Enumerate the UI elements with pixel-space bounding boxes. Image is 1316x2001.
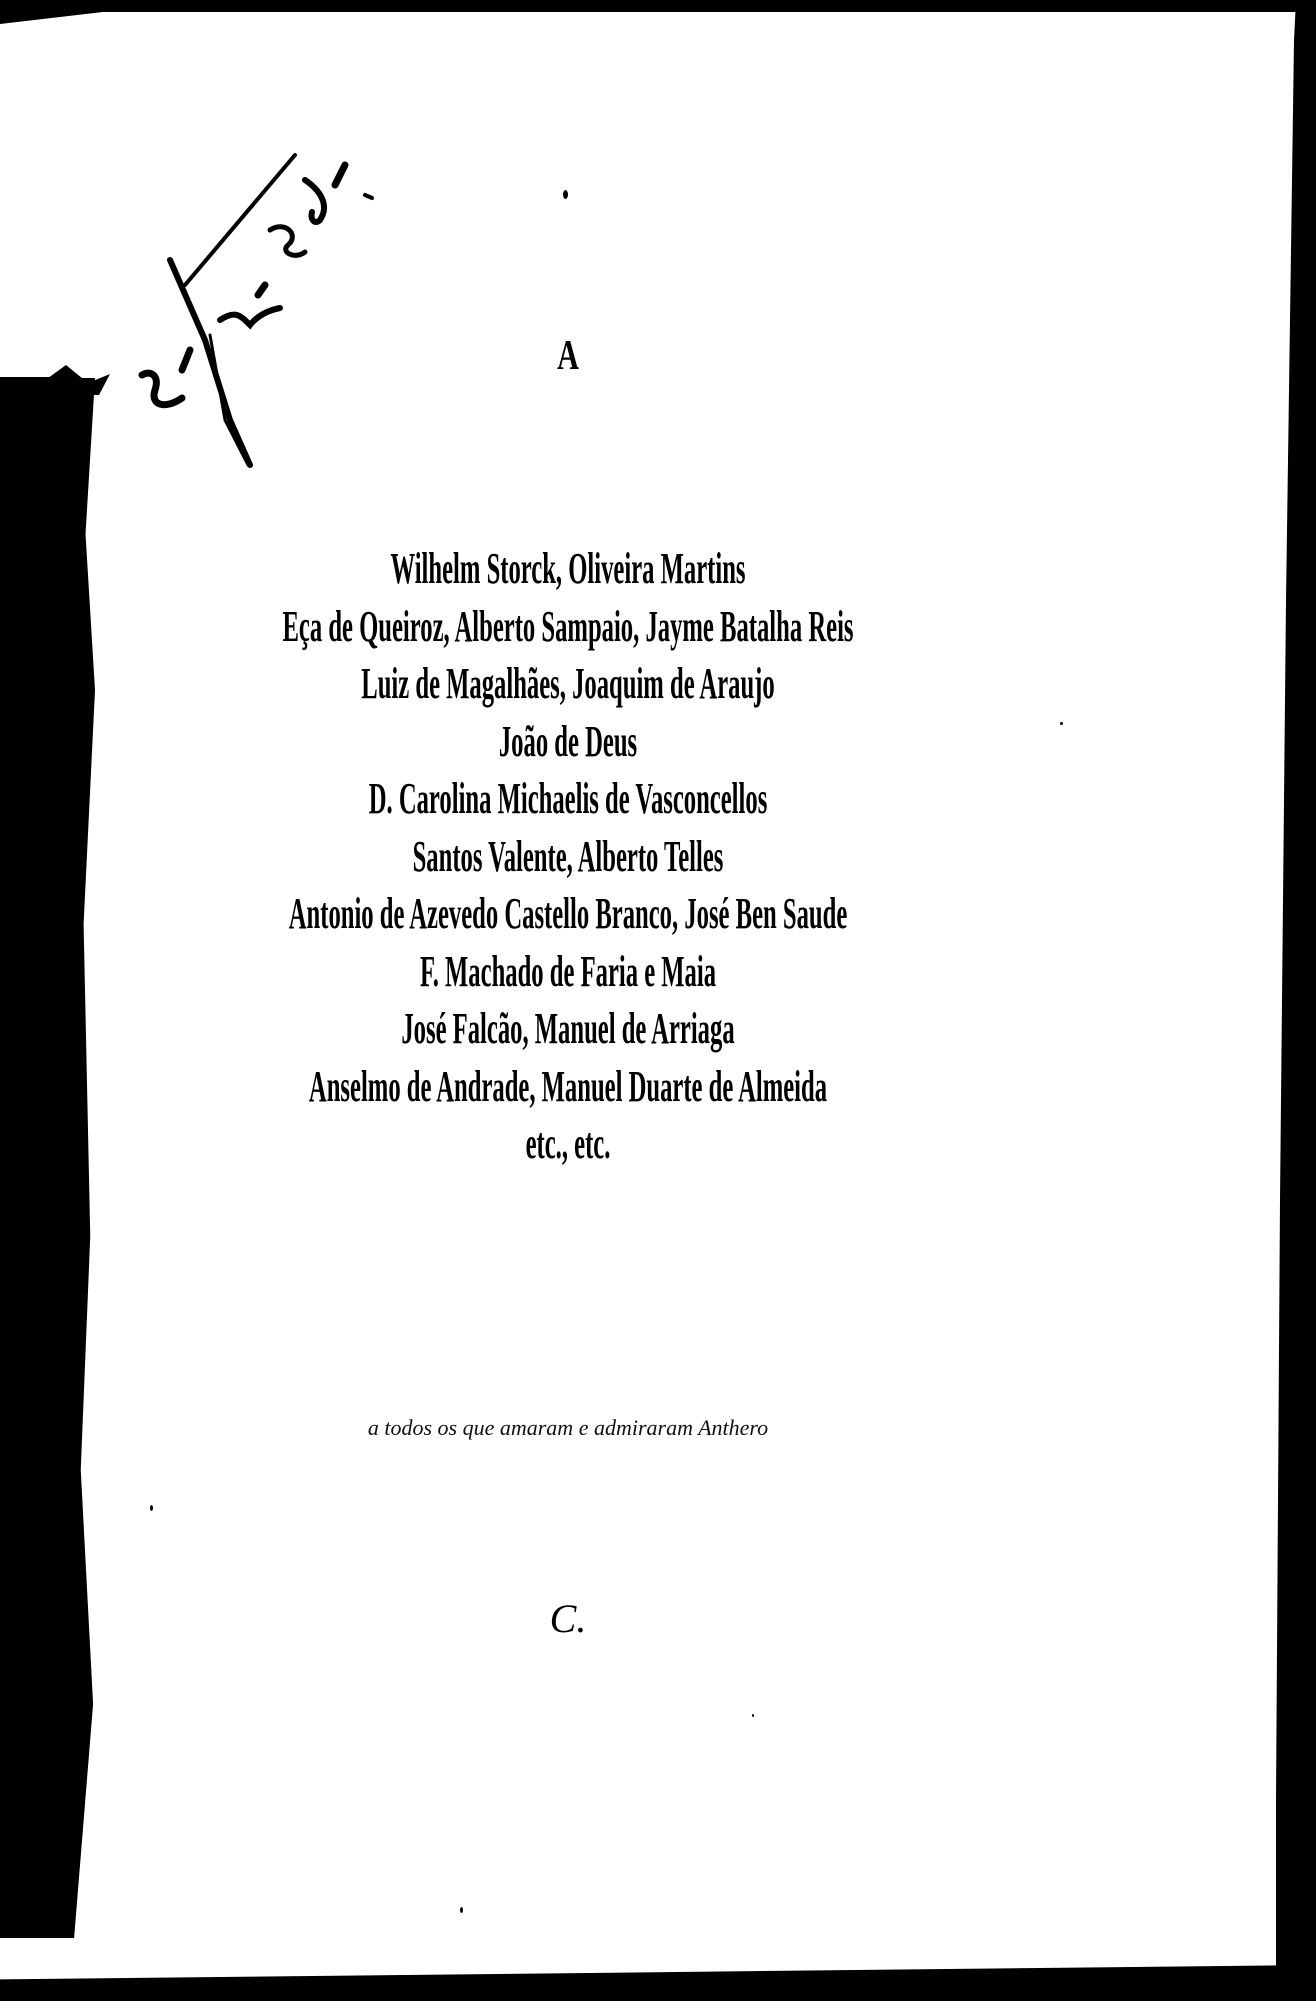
name-line: Eça de Queiroz, Alberto Sampaio, Jayme B… bbox=[250, 598, 886, 656]
name-line: Wilhelm Storck, Oliveira Martins bbox=[250, 540, 886, 598]
scan-speck bbox=[460, 1907, 463, 1913]
scan-speck bbox=[1060, 722, 1063, 725]
name-line: F. Machado de Faria e Maia bbox=[250, 943, 886, 1001]
name-line: José Falcão, Manuel de Arriaga bbox=[250, 1000, 886, 1058]
name-line: Antonio de Azevedo Castello Branco, José… bbox=[250, 885, 886, 943]
name-line: D. Carolina Michaelis de Vasconcellos bbox=[250, 770, 886, 828]
names-list: Wilhelm Storck, Oliveira Martins Eça de … bbox=[0, 540, 1136, 1173]
dedication-heading: A bbox=[159, 332, 977, 380]
name-line: etc., etc. bbox=[250, 1115, 886, 1173]
name-line: João de Deus bbox=[250, 713, 886, 771]
scan-border-top bbox=[0, 0, 1316, 12]
name-line: Luiz de Magalhães, Joaquim de Araujo bbox=[250, 655, 886, 713]
scan-speck bbox=[752, 1714, 754, 1717]
scan-speck bbox=[563, 190, 568, 199]
dedication-text: a todos os que amaram e admiraram Anther… bbox=[0, 1415, 1136, 1441]
handwritten-annotation bbox=[130, 120, 450, 480]
scan-border-right bbox=[1276, 0, 1316, 2001]
signature-initial: C. bbox=[0, 1595, 1136, 1642]
scan-speck bbox=[150, 1505, 153, 1511]
scan-border-top-tail bbox=[0, 10, 120, 24]
name-line: Santos Valente, Alberto Telles bbox=[250, 828, 886, 886]
scan-border-bottom bbox=[0, 1965, 1316, 2001]
name-line: Anselmo de Andrade, Manuel Duarte de Alm… bbox=[250, 1058, 886, 1116]
